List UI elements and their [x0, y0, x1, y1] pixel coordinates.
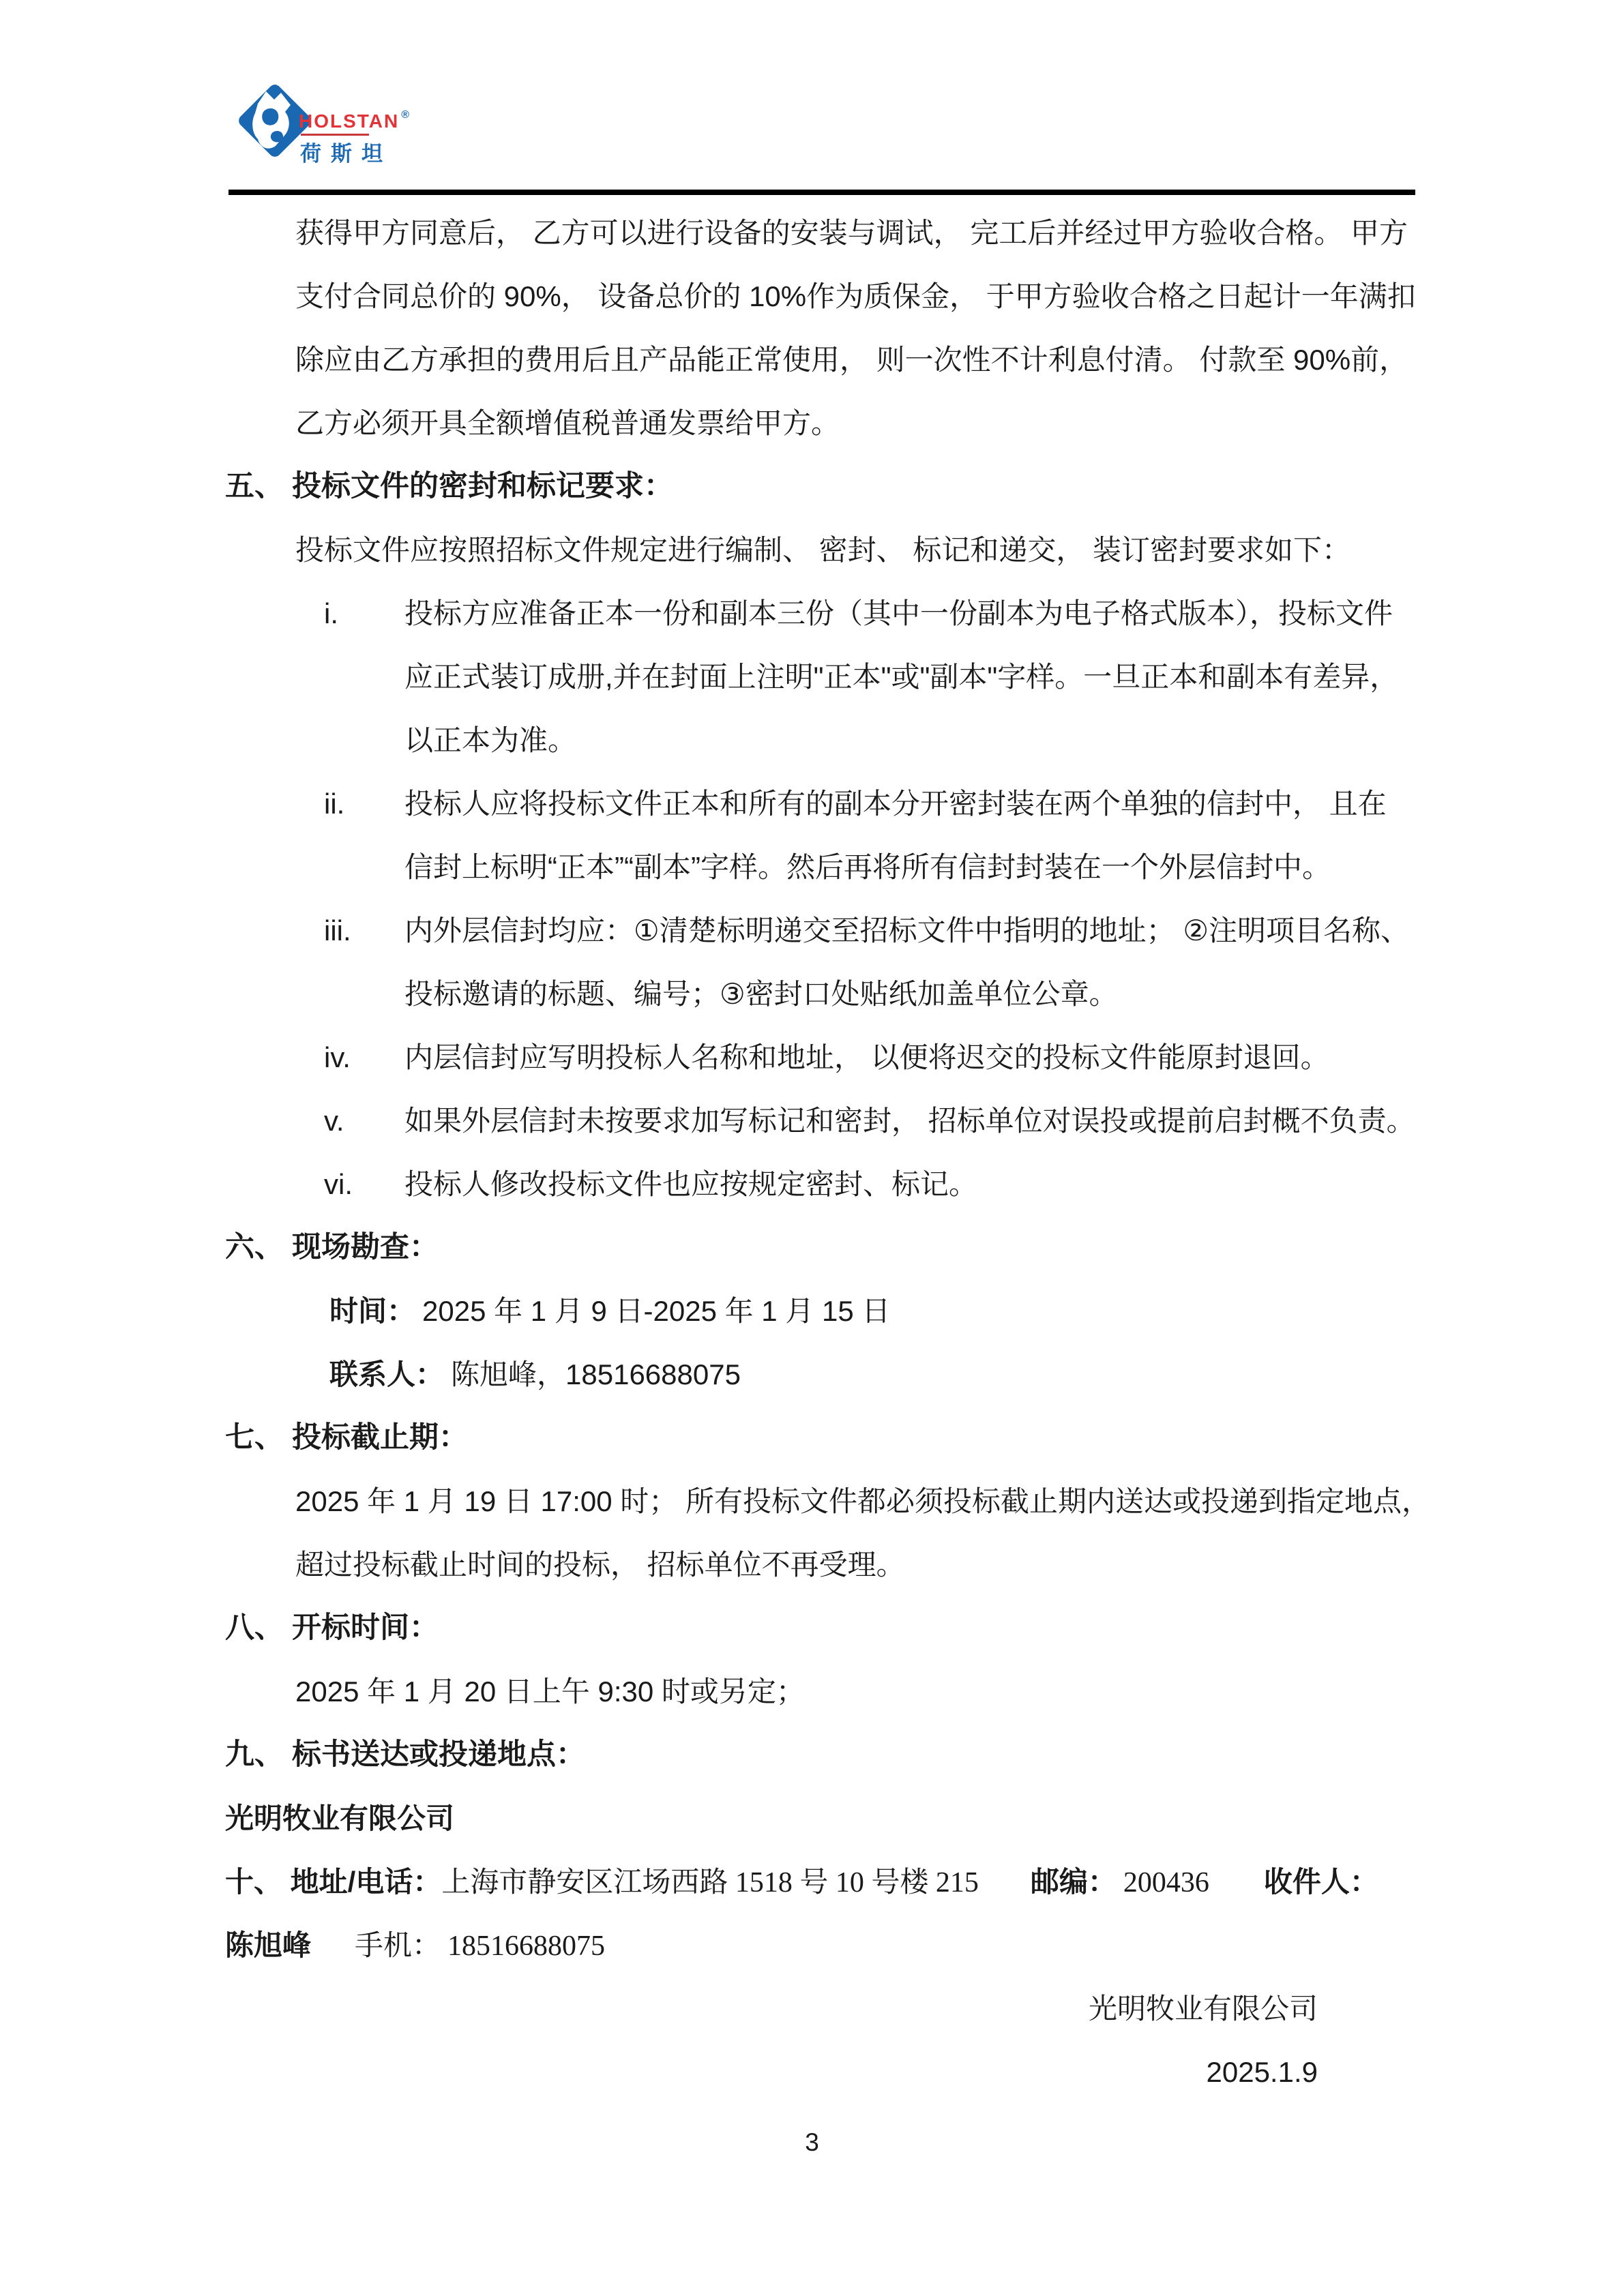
list-item-v: v.如果外层信封未按要求加写标记和密封， 招标单位对误投或提前启封概不负责。 [225, 1089, 1426, 1152]
mobile-label: 手机： [355, 1930, 441, 1962]
logo-underline [301, 134, 369, 136]
list-item-text: 内层信封应写明投标人名称和地址， 以便将迟交的投标文件能原封退回。 [404, 1041, 1329, 1073]
list-marker-vi: vi. [324, 1152, 353, 1216]
logo-brand-zh: 荷斯坦 [300, 136, 392, 167]
list-item-text: 投标人应将投标文件正本和所有的副本分开密封装在两个单独的信封中， 且在 [404, 788, 1387, 820]
list-item-text: 如果外层信封未按要求加写标记和密封， 招标单位对误投或提前启封概不负责。 [404, 1105, 1415, 1137]
deadline-line: 超过投标截止时间的投标， 招标单位不再受理。 [225, 1533, 1426, 1596]
list-marker-iv: iv. [324, 1026, 351, 1089]
bid-opening-time: 2025 年 1 月 20 日上午 9:30 时或另定； [225, 1660, 1426, 1723]
footer-company: 光明牧业有限公司 [225, 1977, 1426, 2040]
document-page: HOLSTAN® 荷斯坦 获得甲方同意后， 乙方可以进行设备的安装与调试， 完工… [0, 0, 1624, 2296]
logo-brand-text: HOLSTAN [299, 110, 399, 132]
site-survey-contact: 联系人：陈旭峰，18516688075 [225, 1343, 1426, 1406]
section5-heading: 五、 投标文件的密封和标记要求： [225, 455, 1426, 518]
list-item-vi: vi.投标人修改投标文件也应按规定密封、标记。 [225, 1152, 1426, 1216]
postcode-value: 200436 [1123, 1867, 1209, 1898]
list-marker-ii: ii. [324, 772, 344, 835]
payment-paragraph-line: 支付合同总价的 90%， 设备总价的 10%作为质保金， 于甲方验收合格之日起计… [225, 265, 1426, 328]
contact-value: 陈旭峰，18516688075 [451, 1358, 741, 1390]
recipient-label: 收件人： [1264, 1866, 1378, 1898]
payment-paragraph-line: 获得甲方同意后， 乙方可以进行设备的安装与调试， 完工后并经过甲方验收合格。 甲… [225, 201, 1426, 265]
payment-paragraph-line: 乙方必须开具全额增值税普通发票给甲方。 [225, 391, 1426, 455]
address-line: 十、 地址/电话：上海市静安区江场西路 1518 号 10 号楼 215邮编：2… [225, 1850, 1426, 1913]
section9-heading: 九、 标书送达或投递地点： [225, 1723, 1426, 1787]
time-label: 时间： [329, 1295, 415, 1327]
list-item-i-cont: 以正本为准。 [225, 709, 1426, 772]
list-item-text: 投标人修改投标文件也应按规定密封、标记。 [404, 1168, 977, 1200]
section6-heading: 六、 现场勘查： [225, 1216, 1426, 1279]
deadline-line: 2025 年 1 月 19 日 17:00 时； 所有投标文件都必须投标截止期内… [225, 1470, 1426, 1533]
mobile-value: 18516688075 [447, 1930, 605, 1962]
page-number: 3 [0, 2122, 1624, 2163]
list-marker-iii: iii. [324, 899, 351, 962]
list-marker-v: v. [324, 1089, 344, 1152]
registered-trademark-icon: ® [401, 109, 409, 121]
logo-brand-en: HOLSTAN® [299, 109, 409, 132]
list-item-text: 投标方应准备正本一份和副本三份（其中一份副本为电子格式版本），投标文件 [404, 597, 1393, 629]
list-item-text: 内外层信封均应：①清楚标明递交至招标文件中指明的地址； ②注明项目名称、 [404, 914, 1409, 946]
time-value: 2025 年 1 月 9 日-2025 年 1 月 15 日 [422, 1295, 890, 1327]
list-item-iv: iv.内层信封应写明投标人名称和地址， 以便将迟交的投标文件能原封退回。 [225, 1026, 1426, 1089]
site-survey-time: 时间：2025 年 1 月 9 日-2025 年 1 月 15 日 [225, 1279, 1426, 1343]
section10-heading: 十、 地址/电话： [225, 1866, 441, 1898]
section8-heading: 八、 开标时间： [225, 1596, 1426, 1660]
contact-label: 联系人： [329, 1358, 444, 1390]
recipient-name: 陈旭峰 [225, 1929, 311, 1961]
list-item-ii: ii.投标人应将投标文件正本和所有的副本分开密封装在两个单独的信封中， 且在 [225, 772, 1426, 835]
holstan-logo: HOLSTAN® 荷斯坦 [231, 64, 408, 166]
list-item-ii-cont: 信封上标明“正本”“副本”字样。然后再将所有信封封装在一个外层信封中。 [225, 835, 1426, 899]
address-value: 上海市静安区江场西路 1518 号 10 号楼 215 [441, 1867, 979, 1898]
delivery-company: 光明牧业有限公司 [225, 1787, 1426, 1850]
postcode-label: 邮编： [1031, 1866, 1117, 1898]
payment-paragraph-line: 除应由乙方承担的费用后且产品能正常使用， 则一次性不计利息付清。 付款至 90%… [225, 328, 1426, 391]
list-item-iii: iii.内外层信封均应：①清楚标明递交至招标文件中指明的地址； ②注明项目名称、 [225, 899, 1426, 962]
header-rule [228, 190, 1415, 195]
section5-intro: 投标文件应按照招标文件规定进行编制、 密封、 标记和递交， 装订密封要求如下： [225, 518, 1426, 582]
list-item-i-cont: 应正式装订成册,并在封面上注明"正本"或"副本"字样。一旦正本和副本有差异， [225, 645, 1426, 709]
section7-heading: 七、 投标截止期： [225, 1406, 1426, 1470]
list-item-iii-cont: 投标邀请的标题、编号；③密封口处贴纸加盖单位公章。 [225, 962, 1426, 1026]
list-marker-i: i. [324, 582, 338, 645]
document-body: 获得甲方同意后， 乙方可以进行设备的安装与调试， 完工后并经过甲方验收合格。 甲… [225, 201, 1426, 2104]
footer-date: 2025.1.9 [225, 2040, 1426, 2104]
recipient-line: 陈旭峰手机：18516688075 [225, 1913, 1426, 1977]
list-item-i: i.投标方应准备正本一份和副本三份（其中一份副本为电子格式版本），投标文件 [225, 582, 1426, 645]
